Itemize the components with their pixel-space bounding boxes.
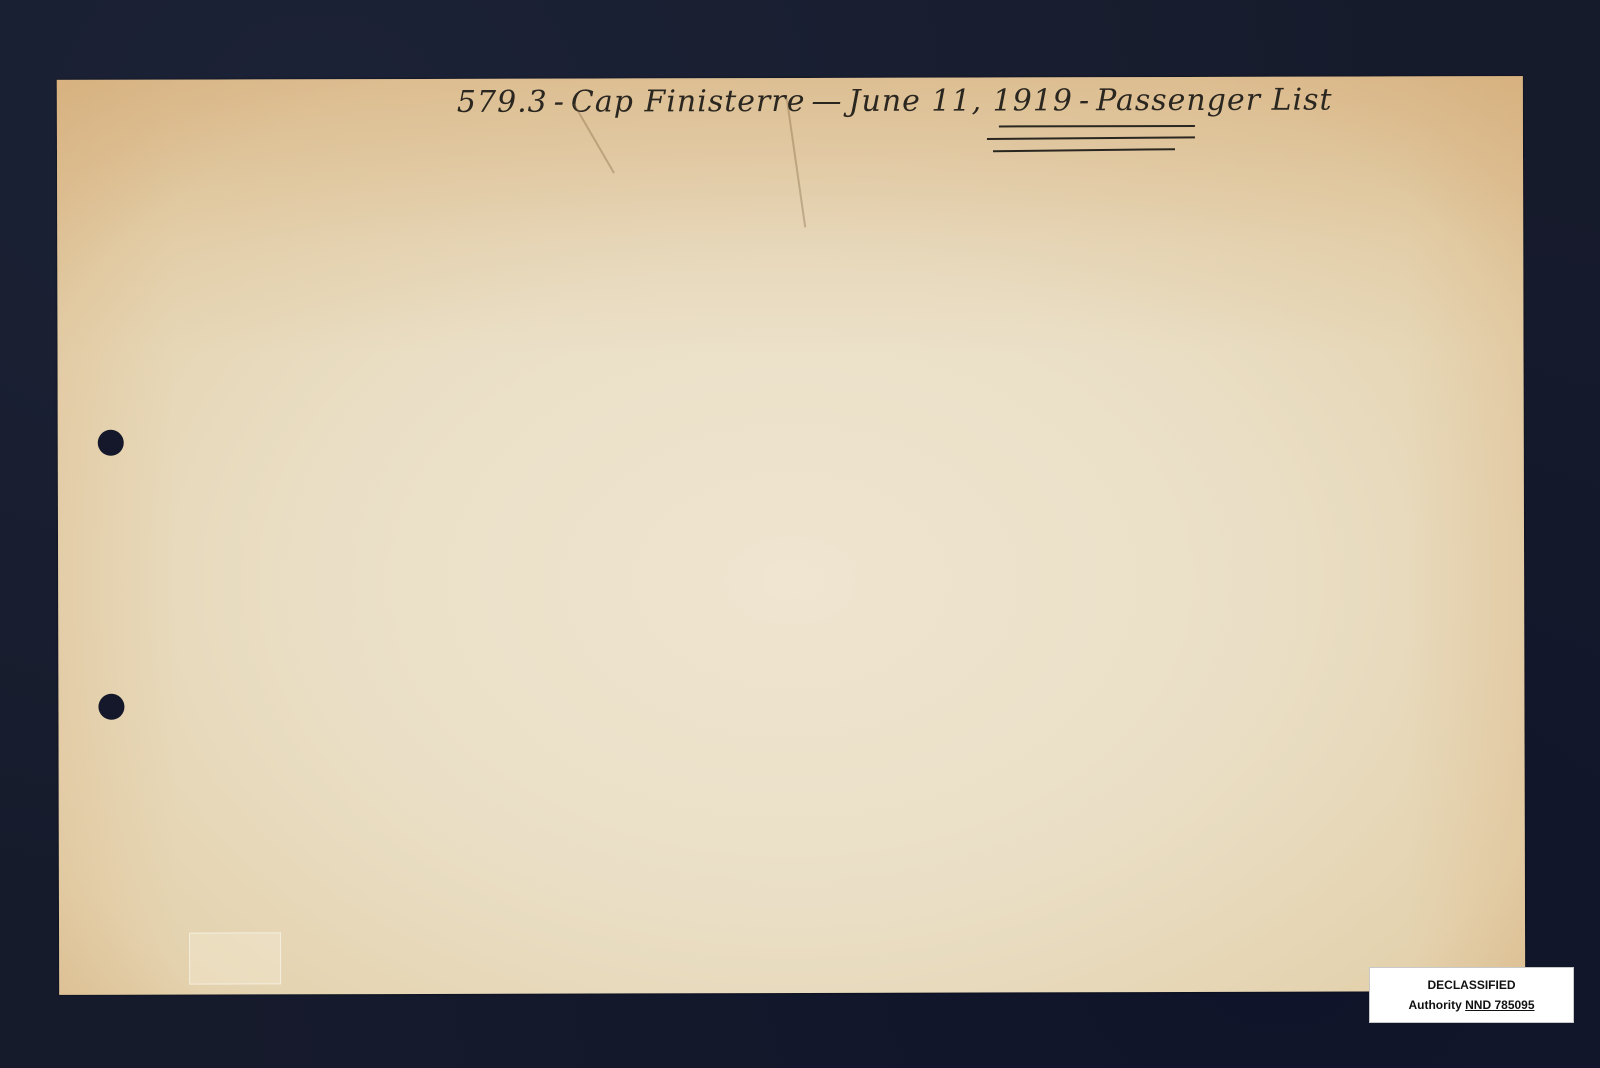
- ship-name: Cap Finisterre: [571, 84, 806, 120]
- authority-code: NND 785095: [1465, 998, 1534, 1012]
- binder-hole: [98, 694, 124, 720]
- separator: —: [811, 84, 842, 119]
- binder-hole: [98, 430, 124, 456]
- separator: -: [554, 85, 565, 120]
- tape-repair: [189, 932, 281, 984]
- document-description: Passenger List: [1096, 83, 1332, 119]
- declassified-label: DECLASSIFIED: [1370, 979, 1573, 991]
- declassified-stamp: DECLASSIFIED Authority NND 785095: [1369, 967, 1574, 1023]
- handwritten-header: 579.3-Cap Finisterre—June 11, 1919-Passe…: [457, 83, 1333, 120]
- separator: -: [1079, 83, 1090, 118]
- date-underline: [987, 136, 1195, 140]
- file-number: 579.3: [457, 85, 548, 120]
- authority-label: Authority: [1408, 998, 1461, 1012]
- authority-line: Authority NND 785095: [1370, 999, 1573, 1011]
- document-date: June 11, 1919: [848, 83, 1073, 119]
- date-underline: [993, 148, 1175, 152]
- date-underline: [999, 125, 1195, 128]
- folder-sheet: 579.3-Cap Finisterre—June 11, 1919-Passe…: [57, 76, 1525, 995]
